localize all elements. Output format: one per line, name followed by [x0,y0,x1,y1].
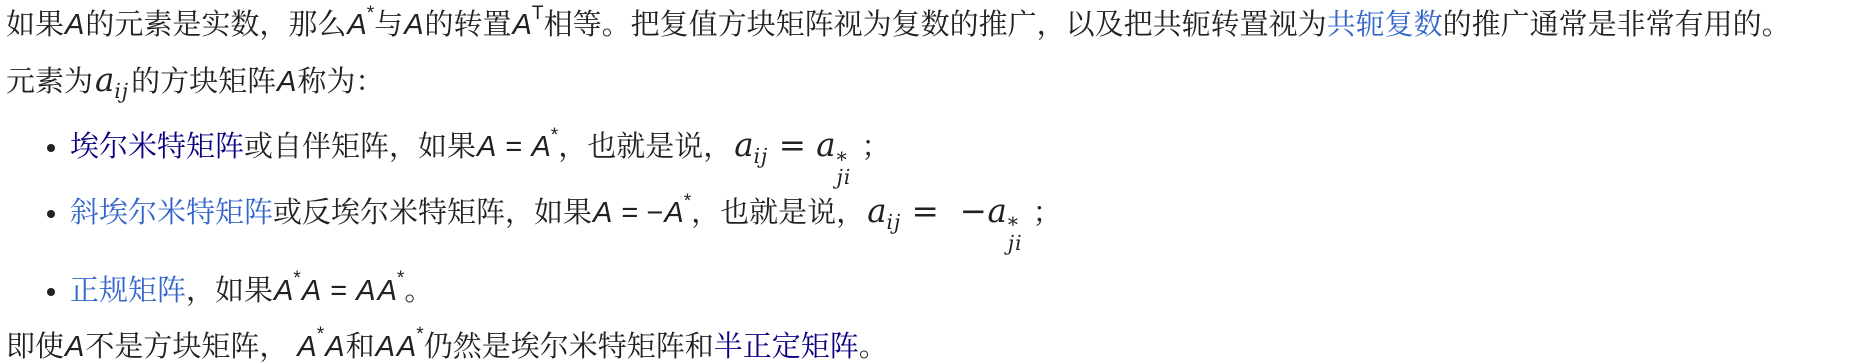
text-run: 和 [346,331,375,363]
variable-with-superscript: A* [396,331,424,363]
math-subscript: ji [837,169,852,186]
math-minus-sign: − [960,192,987,230]
wikilink[interactable]: 半正定矩阵 [714,331,859,363]
math-supsub-stack: *ji [1007,217,1023,251]
math-variable: A [346,9,366,41]
wikilink[interactable]: 斜埃尔米特矩阵 [70,197,273,229]
math-variable: A [375,331,396,363]
inline-math-formula: aij [93,61,131,99]
inline-math-formula: aij=a*ji [732,126,853,164]
text-run: 或自伴矩阵，如果 [244,131,476,163]
math-variable: a [816,126,835,164]
text-run: ，也就是说， [691,197,865,229]
math-variable: A [273,275,293,307]
math-variable: A [512,9,532,41]
variable-with-superscript: A* [530,131,558,163]
variable-with-superscript: A* [296,331,324,363]
math-variable: A [476,131,497,163]
math-variable: A [296,331,316,363]
superscript: * [416,324,423,345]
text-run: 仍然是埃尔米特矩阵和 [424,331,714,363]
text-run: 相等。把复值方块矩阵视为复数的推广，以及把共轭转置视为 [544,9,1327,41]
math-variable: a [95,61,114,99]
text-run: 与 [374,9,403,41]
text-run: 。 [859,331,888,363]
math-operator: = [779,126,806,164]
list-item-hermitian: 埃尔米特矩阵或自伴矩阵，如果A = A*，也就是说，aij=a*ji ； [70,120,1866,186]
matrix-types-list: 埃尔米特矩阵或自伴矩阵，如果A = A*，也就是说，aij=a*ji ； 斜埃尔… [6,120,1866,313]
math-variable: a [734,126,753,164]
text-run: 即使 [6,331,64,363]
superscript: * [684,191,691,212]
math-supsub-stack: *ji [836,152,852,186]
paragraph-closing: 即使A不是方块矩阵， A*A和AA*仍然是埃尔米特矩阵和半正定矩阵。 [6,325,1866,364]
math-variable: A [64,331,85,363]
text-run: 的推广通常是非常有用的。 [1443,9,1791,41]
math-subscript: ji [1008,235,1023,252]
math-subscript: ij [887,210,902,234]
article-body: 如果A的元素是实数，那么A*与A的转置AT相等。把复值方块矩阵视为复数的推广，以… [0,0,1872,364]
math-variable: A [592,197,613,229]
text-run: 的转置 [425,9,512,41]
math-variable: A [377,275,397,307]
math-variable: A [64,9,85,41]
math-variable: a [987,192,1006,230]
list-item-skew-hermitian: 斜埃尔米特矩阵或反埃尔米特矩阵，如果A = −A*，也就是说，aij=−a*ji… [70,186,1866,252]
superscript: * [551,125,558,146]
math-subscript: ij [114,79,129,103]
text-run: 如果 [6,9,64,41]
text-run: 的元素是实数，那么 [85,9,346,41]
variable-with-superscript: A* [346,9,374,41]
math-variable: a [867,192,886,230]
text-run: ； [853,131,890,163]
list-item-normal: 正规矩阵，如果A*A = AA*。 [70,269,1866,314]
superscript: * [317,324,324,345]
superscript: * [397,268,404,289]
text-run: ，也就是说， [558,131,732,163]
paragraph-real-entries: 如果A的元素是实数，那么A*与A的转置AT相等。把复值方块矩阵视为复数的推广，以… [6,3,1866,48]
math-base-with-subscript: aij [867,192,901,230]
text-run: 不是方块矩阵， [85,331,296,363]
math-base-with-supsub: a*ji [987,192,1022,230]
wikilink[interactable]: 共轭复数 [1327,9,1443,41]
variable-with-superscript: AT [512,9,544,41]
text-run: 称为： [297,66,384,98]
text-run: = − [613,197,663,229]
math-subscript: ij [754,144,769,168]
math-variable: A [663,197,683,229]
text-run: = [497,131,530,163]
text-run: = [322,275,355,307]
wikilink[interactable]: 埃尔米特矩阵 [70,131,244,163]
paragraph-matrix-called: 元素为aij的方块矩阵A称为： [6,55,1866,105]
variable-with-superscript: A* [663,197,691,229]
text-run: 。 [404,275,433,307]
math-operator: = [912,192,939,230]
math-variable: A [396,331,416,363]
superscript: T [532,3,544,24]
text-run: 元素为 [6,66,93,98]
variable-with-superscript: A* [273,275,301,307]
superscript: * [367,3,374,24]
variable-with-superscript: A* [377,275,405,307]
text-run: ，如果 [186,275,273,307]
math-variable: A [530,131,550,163]
math-base-with-subscript: aij [734,126,768,164]
math-base-with-subscript: aij [95,61,129,99]
math-variable: A [276,66,297,98]
text-run: 的方块矩阵 [131,66,276,98]
math-variable: A [355,275,376,307]
text-run: ； [1025,197,1062,229]
math-variable: A [403,9,424,41]
inline-math-formula: aij=−a*ji [865,192,1024,230]
superscript: * [293,268,300,289]
text-run: 或反埃尔米特矩阵，如果 [273,197,592,229]
math-base-with-supsub: a*ji [816,126,851,164]
math-variable: A [324,331,345,363]
math-variable: A [301,275,322,307]
wikilink[interactable]: 正规矩阵 [70,275,186,307]
